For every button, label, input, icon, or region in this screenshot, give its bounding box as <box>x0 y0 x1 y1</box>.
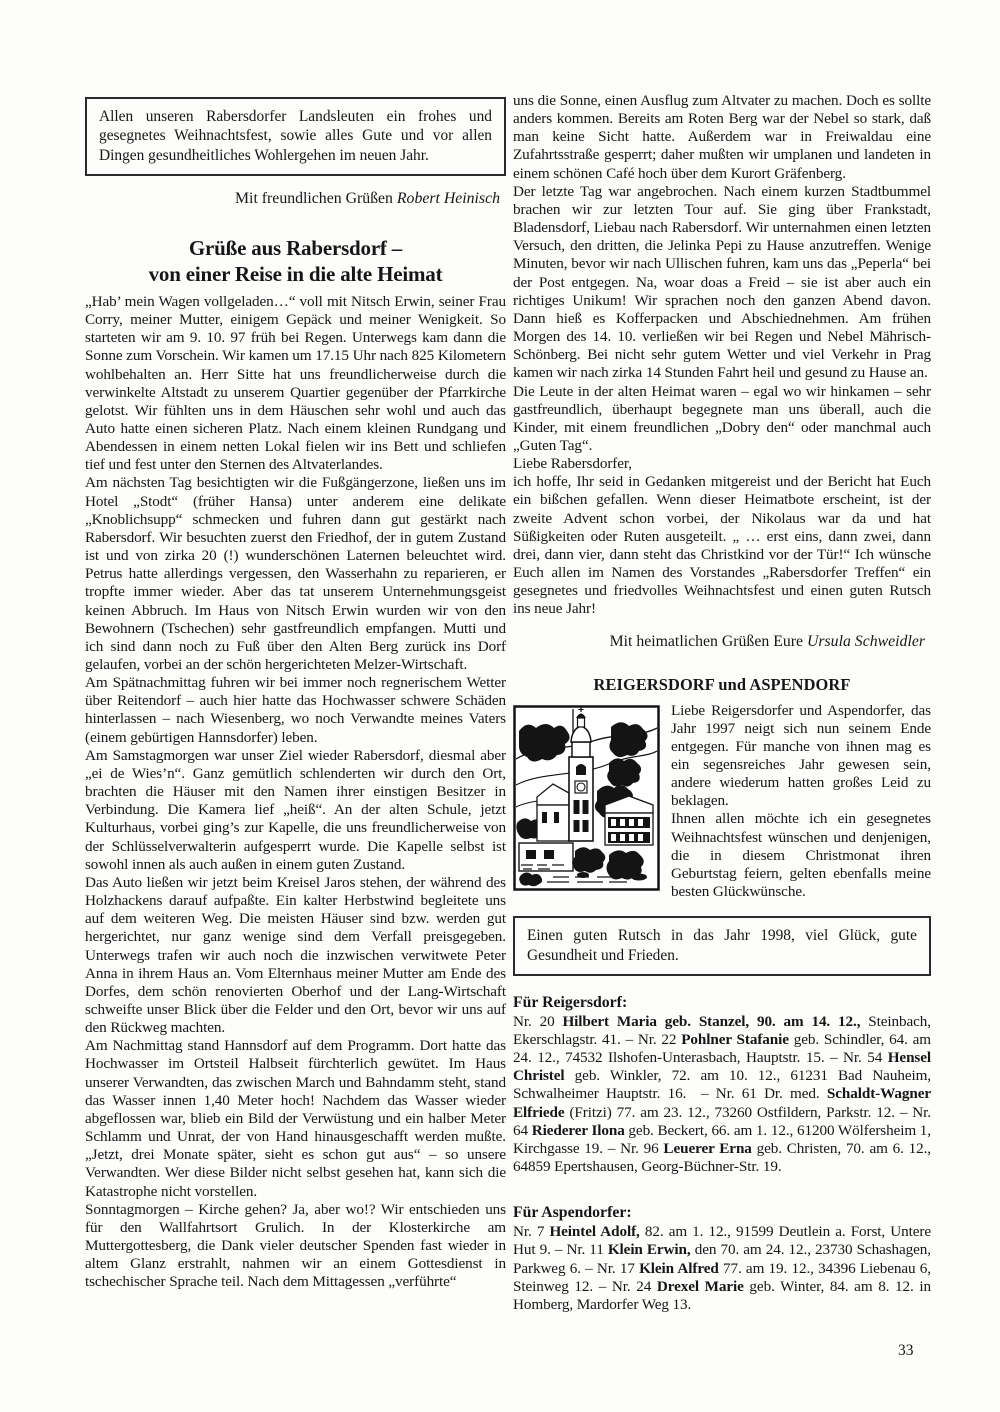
section-title-reigersdorf-aspendorf: REIGERSDORF und ASPENDORF <box>513 675 931 695</box>
birthday-heading-aspendorf: Für Aspendorfer: <box>513 1203 931 1222</box>
birthday-list-aspendorf: Nr. 7 Heintel Adolf, 82. am 1. 12., 9159… <box>513 1223 931 1314</box>
wish-box-text: Einen guten Rutsch in das Jahr 1998, vie… <box>527 927 917 963</box>
article-paragraph: Am Spätnachmittag fuhren wir bei immer n… <box>85 674 506 747</box>
article-title: Grüße aus Rabersdorf – von einer Reise i… <box>85 235 506 287</box>
left-column: Allen unseren Rabersdorfer Landsleuten e… <box>85 97 506 1291</box>
article-paragraph: Der letzte Tag war angebrochen. Nach ein… <box>513 183 931 383</box>
page-number: 33 <box>898 1342 914 1360</box>
magazine-page: { "page": { "number": "33", "background_… <box>0 0 1000 1412</box>
article-title-line1: Grüße aus Rabersdorf – <box>189 236 402 260</box>
article-paragraph: uns die Sonne, einen Ausflug zum Altvate… <box>513 92 931 183</box>
article-paragraph: ich hoffe, Ihr seid in Gedanken mitgerei… <box>513 473 931 618</box>
greeting-signoff: Mit freundlichen Grüßen Robert Heinisch <box>85 189 506 208</box>
reigersdorf-article-body: Liebe Reigersdorfer und Aspendorfer, das… <box>513 702 931 902</box>
wish-box: Einen guten Rutsch in das Jahr 1998, vie… <box>513 916 931 976</box>
article-title-line2: von einer Reise in die alte Heimat <box>149 262 443 286</box>
article-paragraph: Am Samstagmorgen war unser Ziel wieder R… <box>85 747 506 874</box>
article-paragraph: Liebe Rabersdorfer, <box>513 455 931 473</box>
village-church-illustration <box>513 705 660 891</box>
greeting-box-text: Allen unseren Rabersdorfer Landsleuten e… <box>99 108 492 164</box>
article-paragraph: Das Auto ließen wir jetzt beim Kreisel J… <box>85 874 506 1037</box>
article-paragraph: „Hab’ mein Wagen vollgeladen…“ voll mit … <box>85 293 506 475</box>
right-column: uns die Sonne, einen Ausflug zum Altvate… <box>513 92 931 1314</box>
article-paragraph: Sonntagmorgen – Kirche gehen? Ja, aber w… <box>85 1201 506 1292</box>
greeting-box: Allen unseren Rabersdorfer Landsleuten e… <box>85 97 506 176</box>
article-paragraph: Am nächsten Tag besichtigten wir die Fuß… <box>85 474 506 674</box>
article-signoff: Mit heimatlichen Grüßen Eure Ursula Schw… <box>513 632 931 651</box>
birthday-heading-reigersdorf: Für Reigersdorf: <box>513 993 931 1012</box>
article-paragraph: Die Leute in der alten Heimat waren – eg… <box>513 383 931 456</box>
birthday-list-reigersdorf: Nr. 20 Hilbert Maria geb. Stanzel, 90. a… <box>513 1013 931 1176</box>
article-paragraph: Am Nachmittag stand Hannsdorf auf dem Pr… <box>85 1037 506 1200</box>
